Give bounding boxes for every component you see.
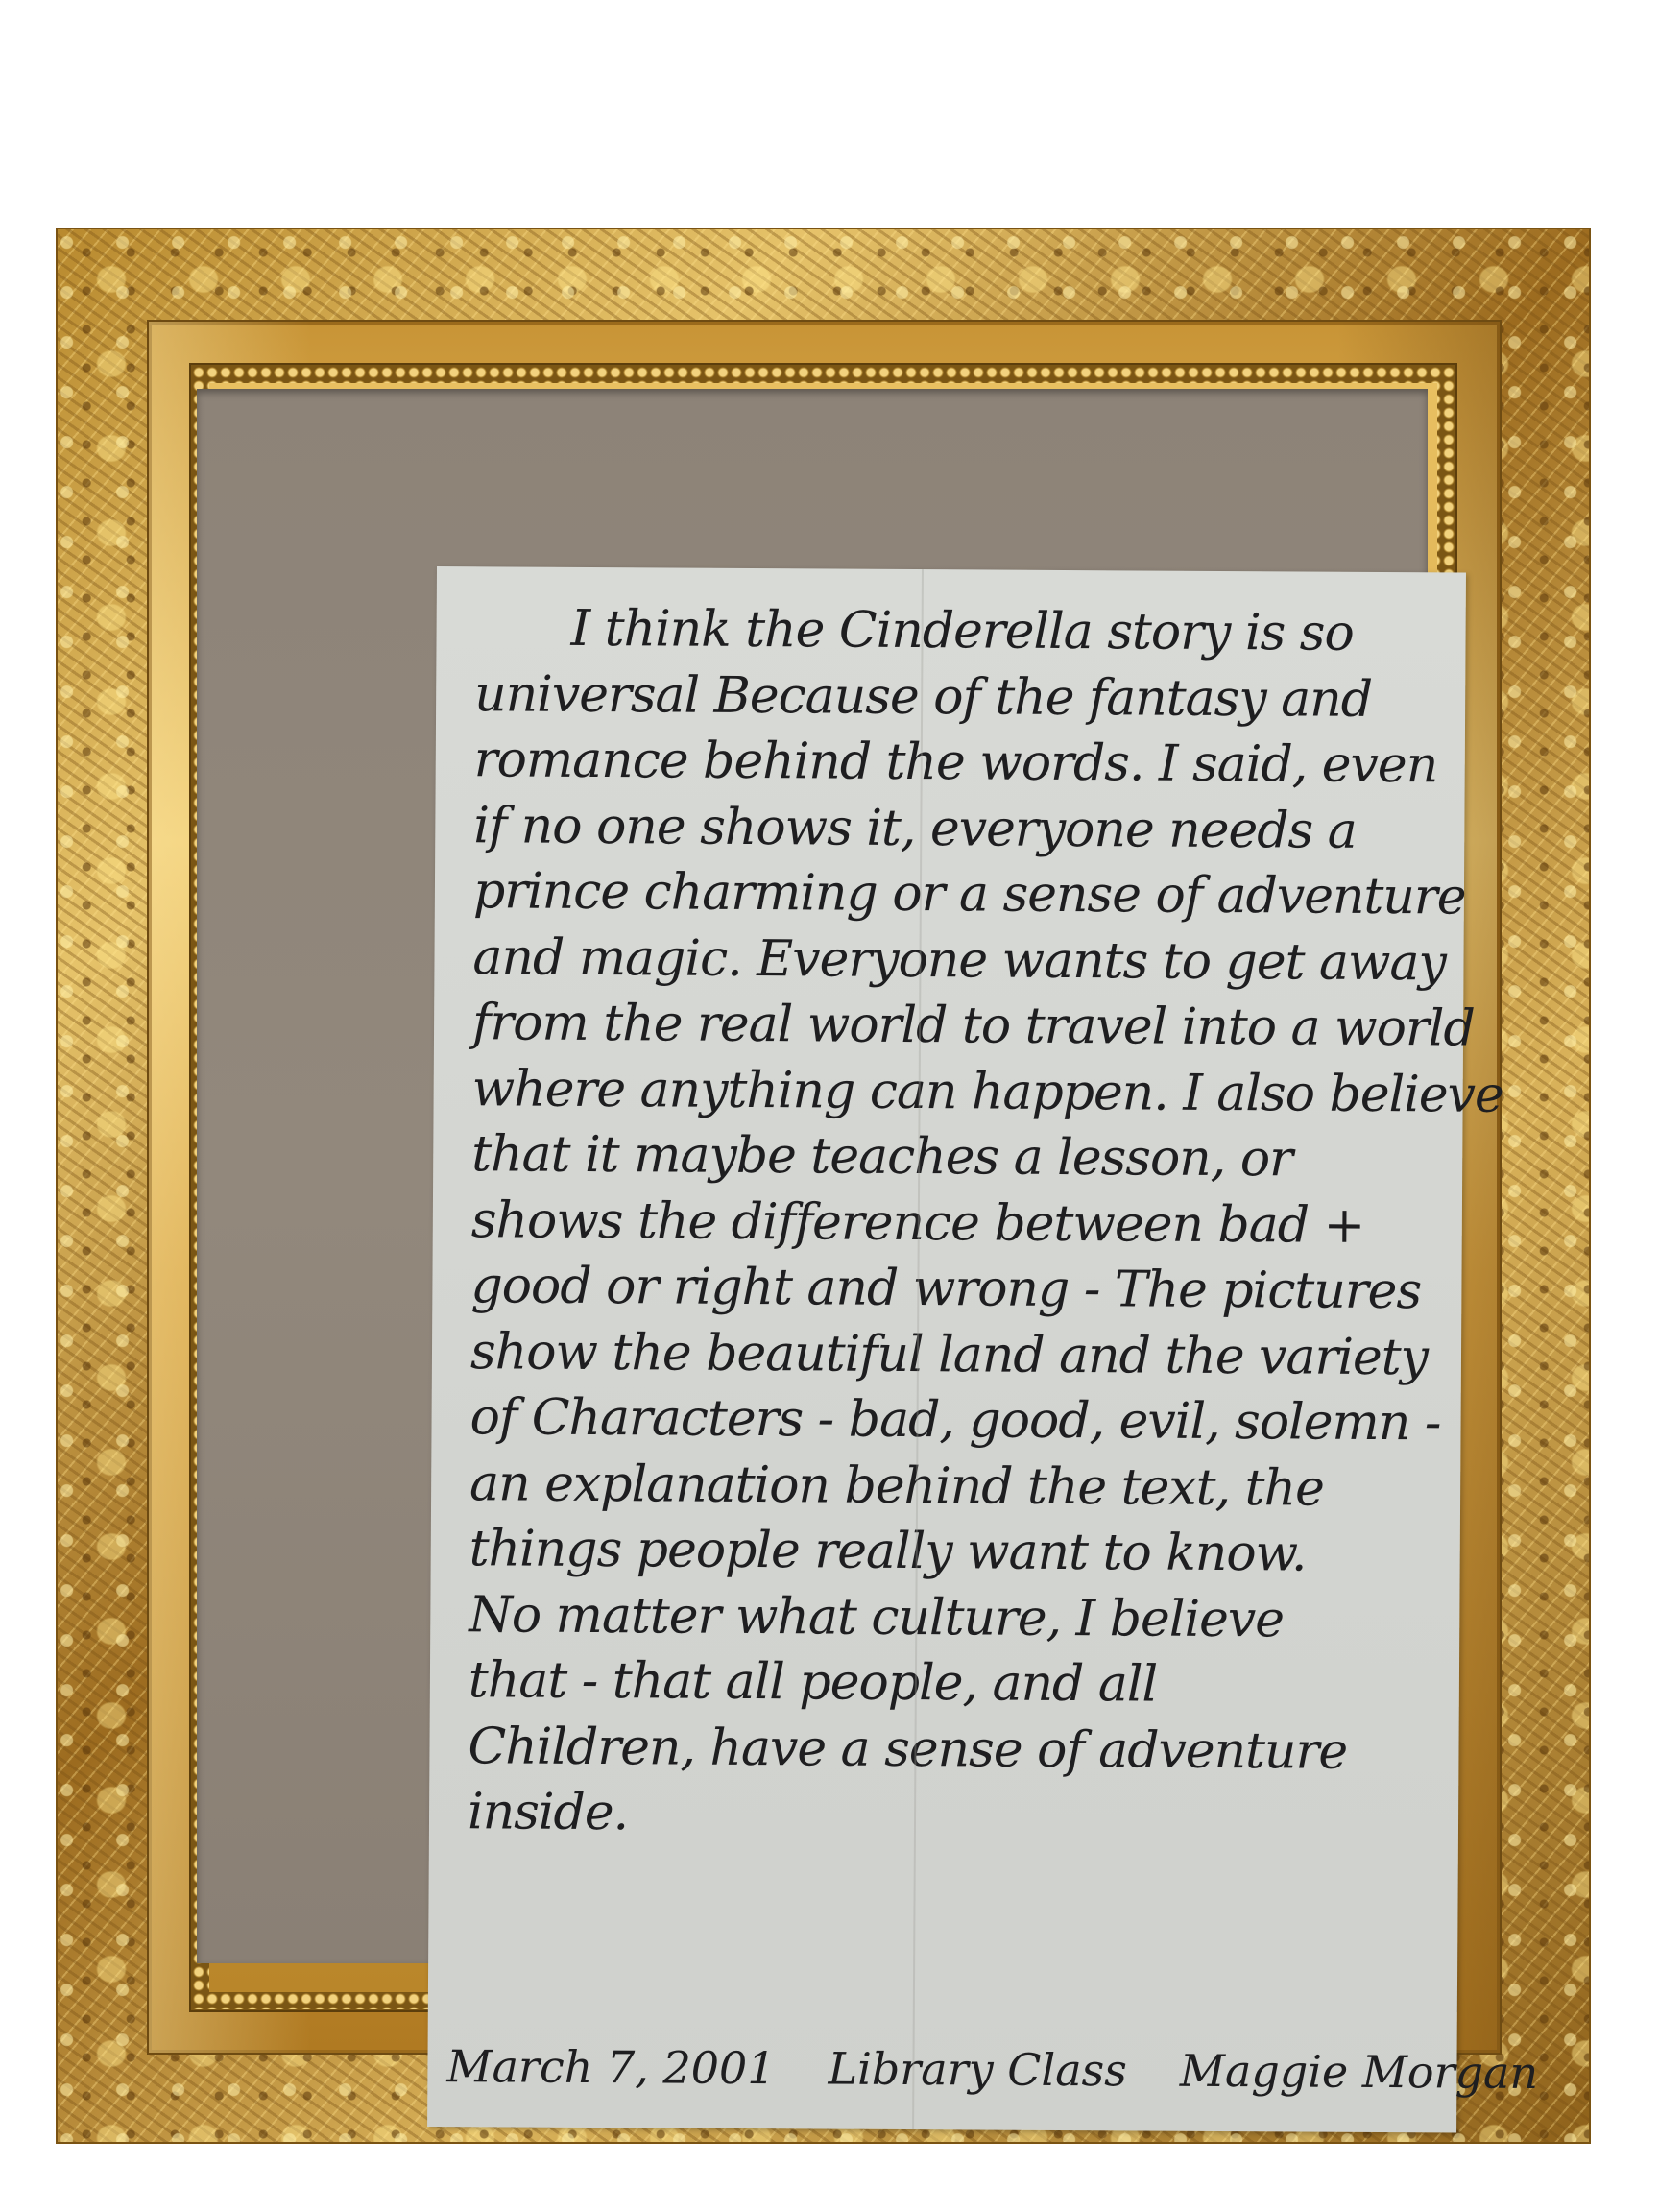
letter-line: where anything can happen. I also believ… — [471, 1056, 1433, 1128]
letter-line: romance behind the words. I said, even — [474, 727, 1436, 799]
mat-board: I think the Cinderella story is so unive… — [197, 389, 1428, 1963]
letter-line: if no one shows it, everyone needs a — [473, 793, 1435, 865]
letter-line: that it maybe teaches a lesson, or — [471, 1121, 1433, 1193]
letter-line: inside. — [468, 1779, 1430, 1851]
letter-line: shows the difference between bad + — [471, 1188, 1433, 1260]
letter-class: Library Class — [828, 2043, 1127, 2097]
ornate-gold-frame: I think the Cinderella story is so unive… — [56, 228, 1591, 2144]
letter-line: universal Because of the fantasy and — [474, 661, 1436, 733]
letter-date: March 7, 2001 — [446, 2040, 775, 2094]
letter-line: good or right and wrong - The pictures — [470, 1253, 1432, 1325]
letter-line: No matter what culture, I believe — [469, 1582, 1431, 1654]
letter-line: of Characters - bad, good, evil, solemn … — [469, 1384, 1431, 1456]
letter-line: Children, have a sense of adventure — [468, 1714, 1430, 1786]
letter-body: I think the Cinderella story is so unive… — [468, 595, 1437, 1851]
letter-line: an explanation behind the text, the — [469, 1451, 1431, 1523]
letter-author: Maggie Morgan — [1180, 2045, 1539, 2099]
handwritten-letter: I think the Cinderella story is so unive… — [427, 566, 1466, 2133]
letter-line: show the beautiful land and the variety — [470, 1319, 1432, 1391]
letter-line: prince charming or a sense of adventure — [473, 858, 1435, 930]
letter-line: that - that all people, and all — [469, 1647, 1431, 1719]
letter-line: and magic. Everyone wants to get away — [472, 925, 1434, 997]
letter-line: from the real world to travel into a wor… — [472, 990, 1434, 1062]
letter-footer: March 7, 2001 Library Class Maggie Morga… — [446, 2040, 1447, 2098]
letter-line: things people really want to know. — [469, 1516, 1431, 1588]
letter-line: I think the Cinderella story is so — [474, 595, 1436, 667]
